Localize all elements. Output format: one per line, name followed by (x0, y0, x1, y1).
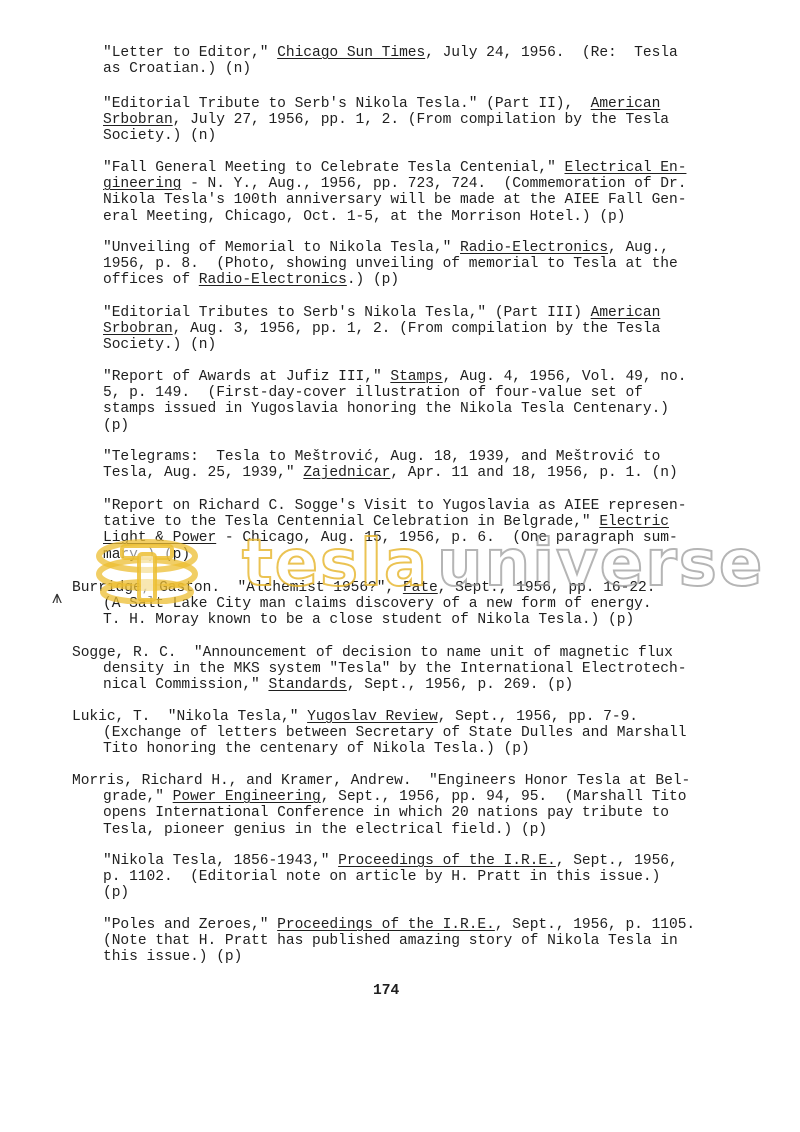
entry-line: Srbobran, Aug. 3, 1956, pp. 1, 2. (From … (103, 321, 660, 337)
entry-line: Society.) (n) (103, 128, 216, 144)
entry-text: , Sept., 1956, (556, 853, 678, 869)
entry-line: Society.) (n) (103, 337, 216, 353)
entry-line: offices of Radio-Electronics.) (p) (103, 272, 399, 288)
entry-text: as Croatian.) (n) (103, 61, 251, 77)
publication-title: Srbobran (103, 321, 173, 337)
entry-line: Tesla, Aug. 25, 1939," Zajednicar, Apr. … (103, 465, 678, 481)
publication-title: Radio-Electronics (460, 240, 608, 256)
entry-text: , Sept., 1956, pp. 7-9. (438, 709, 638, 725)
entry-text: offices of (103, 272, 199, 288)
entry-text: "Unveiling of Memorial to Nikola Tesla," (103, 240, 460, 256)
entry-line: Morris, Richard H., and Kramer, Andrew. … (72, 773, 690, 789)
entry-text: "Letter to Editor," (103, 45, 277, 61)
entry-text: , Aug., (608, 240, 669, 256)
publication-title: Proceedings of the I.R.E. (338, 853, 556, 869)
entry-line: tative to the Tesla Centennial Celebrati… (103, 514, 669, 530)
publication-title: gineering (103, 176, 181, 192)
entry-line: density in the MKS system "Tesla" by the… (103, 661, 686, 677)
publication-title: American (591, 96, 661, 112)
entry-text: Morris, Richard H., and Kramer, Andrew. … (72, 773, 690, 789)
entry-line: opens International Conference in which … (103, 805, 669, 821)
entry-line: "Report of Awards at Jufiz III," Stamps,… (103, 369, 686, 385)
entry-line: (A Salt Lake City man claims discovery o… (103, 596, 652, 612)
entry-text: , Sept., 1956, p. 1105. (495, 917, 695, 933)
entry-text: "Telegrams: Tesla to Meštrović, Aug. 18,… (103, 449, 660, 465)
entry-text: Tito honoring the centenary of Nikola Te… (103, 741, 530, 757)
entry-text: (Note that H. Pratt has published amazin… (103, 933, 678, 949)
entry-line: Lukic, T. "Nikola Tesla," Yugoslav Revie… (72, 709, 638, 725)
entry-text: Tesla, Aug. 25, 1939," (103, 465, 303, 481)
entry-text: Society.) (n) (103, 128, 216, 144)
entry-line: "Poles and Zeroes," Proceedings of the I… (103, 917, 695, 933)
entry-line: T. H. Moray known to be a close student … (103, 612, 634, 628)
entry-text: , Aug. 3, 1956, pp. 1, 2. (From compilat… (173, 321, 661, 337)
entry-line: "Unveiling of Memorial to Nikola Tesla,"… (103, 240, 669, 256)
entry-line: Light & Power - Chicago, Aug. 15, 1956, … (103, 530, 678, 546)
entry-text: Tesla, pioneer genius in the electrical … (103, 822, 547, 838)
entry-line: "Telegrams: Tesla to Meštrović, Aug. 18,… (103, 449, 660, 465)
entry-line: mary.) (p) (103, 547, 190, 563)
entry-text: stamps issued in Yugoslavia honoring the… (103, 401, 669, 417)
publication-title: American (591, 305, 661, 321)
entry-text: tative to the Tesla Centennial Celebrati… (103, 514, 599, 530)
entry-line: (p) (103, 418, 129, 434)
entry-text: , Aug. 4, 1956, Vol. 49, no. (443, 369, 687, 385)
entry-line: "Letter to Editor," Chicago Sun Times, J… (103, 45, 678, 61)
publication-title: Yugoslav Review (307, 709, 438, 725)
entry-text: "Fall General Meeting to Celebrate Tesla… (103, 160, 565, 176)
page-number: 174 (373, 983, 399, 999)
entry-text: p. 1102. (Editorial note on article by H… (103, 869, 660, 885)
entry-text: "Nikola Tesla, 1856-1943," (103, 853, 338, 869)
publication-title: Fate (403, 580, 438, 596)
publication-title: Electric (599, 514, 669, 530)
document-page: "Letter to Editor," Chicago Sun Times, J… (0, 0, 800, 1132)
entry-line: Sogge, R. C. "Announcement of decision t… (72, 645, 673, 661)
entry-text: , Sept., 1956, pp. 94, 95. (Marshall Tit… (321, 789, 687, 805)
entry-text: Sogge, R. C. "Announcement of decision t… (72, 645, 673, 661)
entry-text: (p) (103, 418, 129, 434)
entry-text: Society.) (n) (103, 337, 216, 353)
entry-line: gineering - N. Y., Aug., 1956, pp. 723, … (103, 176, 686, 192)
entry-text: density in the MKS system "Tesla" by the… (103, 661, 686, 677)
publication-title: Srbobran (103, 112, 173, 128)
entry-text: (p) (103, 885, 129, 901)
entry-text: "Poles and Zeroes," (103, 917, 277, 933)
entry-text: eral Meeting, Chicago, Oct. 1-5, at the … (103, 209, 625, 225)
entry-text: 5, p. 149. (First-day-cover illustration… (103, 385, 643, 401)
entry-text: "Editorial Tribute to Serb's Nikola Tesl… (103, 96, 591, 112)
publication-title: Standards (268, 677, 346, 693)
entry-text: Burridge, Gaston. "Alchemist 1956?", (72, 580, 403, 596)
entry-text: nical Commission," (103, 677, 268, 693)
entry-text: (A Salt Lake City man claims discovery o… (103, 596, 652, 612)
entry-text: - N. Y., Aug., 1956, pp. 723, 724. (Comm… (181, 176, 686, 192)
entry-line: "Editorial Tribute to Serb's Nikola Tesl… (103, 96, 660, 112)
entry-line: as Croatian.) (n) (103, 61, 251, 77)
publication-title: Proceedings of the I.R.E. (277, 917, 495, 933)
entry-line: Tesla, pioneer genius in the electrical … (103, 822, 547, 838)
entry-line: Nikola Tesla's 100th anniversary will be… (103, 192, 686, 208)
entry-text: .) (p) (347, 272, 399, 288)
entry-text: grade," (103, 789, 173, 805)
entry-line: nical Commission," Standards, Sept., 195… (103, 677, 573, 693)
entry-text: (Exchange of letters between Secretary o… (103, 725, 686, 741)
entry-text: "Report on Richard C. Sogge's Visit to Y… (103, 498, 686, 514)
entry-text: "Editorial Tributes to Serb's Nikola Tes… (103, 305, 591, 321)
entry-line: this issue.) (p) (103, 949, 242, 965)
publication-title: Electrical En- (565, 160, 687, 176)
publication-title: Chicago Sun Times (277, 45, 425, 61)
entry-text: T. H. Moray known to be a close student … (103, 612, 634, 628)
entry-text: "Report of Awards at Jufiz III," (103, 369, 390, 385)
entry-text: this issue.) (p) (103, 949, 242, 965)
entry-line: Tito honoring the centenary of Nikola Te… (103, 741, 530, 757)
entry-line: (Exchange of letters between Secretary o… (103, 725, 686, 741)
publication-title: Power Engineering (173, 789, 321, 805)
entry-text: - Chicago, Aug. 15, 1956, p. 6. (One par… (216, 530, 678, 546)
entry-text: , Apr. 11 and 18, 1956, p. 1. (n) (390, 465, 677, 481)
publication-title: Zajednicar (303, 465, 390, 481)
entry-line: eral Meeting, Chicago, Oct. 1-5, at the … (103, 209, 625, 225)
entry-text: Nikola Tesla's 100th anniversary will be… (103, 192, 686, 208)
entry-line: (Note that H. Pratt has published amazin… (103, 933, 678, 949)
publication-title: Stamps (390, 369, 442, 385)
entry-text: opens International Conference in which … (103, 805, 669, 821)
entry-line: (p) (103, 885, 129, 901)
entry-text: , Sept., 1956, pp. 16-22. (438, 580, 656, 596)
entry-line: "Report on Richard C. Sogge's Visit to Y… (103, 498, 686, 514)
entry-text: , July 27, 1956, pp. 1, 2. (From compila… (173, 112, 669, 128)
margin-arrow-mark-icon: ⩚ (52, 588, 62, 609)
entry-line: 5, p. 149. (First-day-cover illustration… (103, 385, 643, 401)
entry-line: stamps issued in Yugoslavia honoring the… (103, 401, 669, 417)
entry-line: grade," Power Engineering, Sept., 1956, … (103, 789, 686, 805)
entry-text: Lukic, T. "Nikola Tesla," (72, 709, 307, 725)
entry-text: mary.) (p) (103, 547, 190, 563)
entry-text: 1956, p. 8. (Photo, showing unveiling of… (103, 256, 678, 272)
entry-line: "Fall General Meeting to Celebrate Tesla… (103, 160, 686, 176)
entry-line: Srbobran, July 27, 1956, pp. 1, 2. (From… (103, 112, 669, 128)
entry-text: , Sept., 1956, p. 269. (p) (347, 677, 573, 693)
entry-text: , July 24, 1956. (Re: Tesla (425, 45, 678, 61)
publication-title: Light & Power (103, 530, 216, 546)
entry-line: p. 1102. (Editorial note on article by H… (103, 869, 660, 885)
entry-line: Burridge, Gaston. "Alchemist 1956?", Fat… (72, 580, 655, 596)
entry-line: 1956, p. 8. (Photo, showing unveiling of… (103, 256, 678, 272)
entry-line: "Nikola Tesla, 1856-1943," Proceedings o… (103, 853, 678, 869)
publication-title: Radio-Electronics (199, 272, 347, 288)
entry-line: "Editorial Tributes to Serb's Nikola Tes… (103, 305, 660, 321)
